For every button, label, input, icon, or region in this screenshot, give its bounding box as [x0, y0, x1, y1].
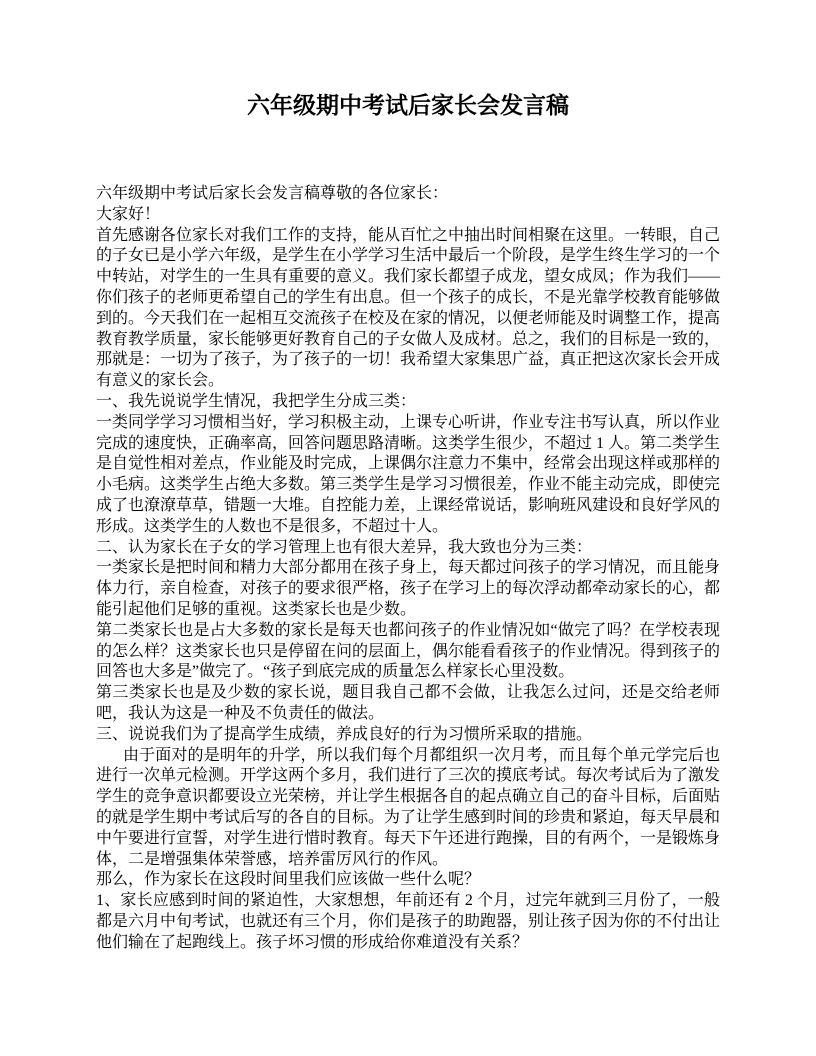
paragraph: 一类同学学习习惯相当好，学习积极主动，上课专心听讲，作业专注书写认真，所以作业完… [96, 413, 720, 538]
paragraph: 一类家长是把时间和精力大部分都用在孩子身上，每天都过问孩子的学习情况，而且能身体… [96, 558, 720, 620]
document-body: 六年级期中考试后家长会发言稿尊敬的各位家长：大家好！首先感谢各位家长对我们工作的… [96, 184, 720, 953]
paragraph: 一、我先说说学生情况，我把学生分成三类： [96, 392, 720, 413]
document-title: 六年级期中考试后家长会发言稿 [96, 90, 720, 122]
paragraph: 二、认为家长在子女的学习管理上也有很大差异，我大致也分为三类： [96, 538, 720, 559]
paragraph: 首先感谢各位家长对我们工作的支持，能从百忙之中抽出时间相聚在这里。一转眼，自己的… [96, 226, 720, 392]
paragraph: 那么，作为家长在这段时间里我们应该做一些什么呢？ [96, 870, 720, 891]
paragraph: 大家好！ [96, 205, 720, 226]
paragraph: 1、家长应感到时间的紧迫性，大家想想，年前还有 2 个月，过完年就到三月份了，一… [96, 891, 720, 953]
paragraph: 六年级期中考试后家长会发言稿尊敬的各位家长： [96, 184, 720, 205]
document-page: 六年级期中考试后家长会发言稿 六年级期中考试后家长会发言稿尊敬的各位家长：大家好… [0, 0, 816, 1056]
paragraph: 第二类家长也是占大多数的家长是每天也都问孩子的作业情况如“做完了吗？在学校表现的… [96, 621, 720, 683]
paragraph: 由于面对的是明年的升学，所以我们每个月都组织一次月考，而且每个单元学完后也进行一… [96, 746, 720, 871]
paragraph: 三、说说我们为了提高学生成绩，养成良好的行为习惯所采取的措施。 [96, 725, 720, 746]
paragraph: 第三类家长也是及少数的家长说，题目我自己都不会做，让我怎么过问，还是交给老师吧，… [96, 683, 720, 725]
